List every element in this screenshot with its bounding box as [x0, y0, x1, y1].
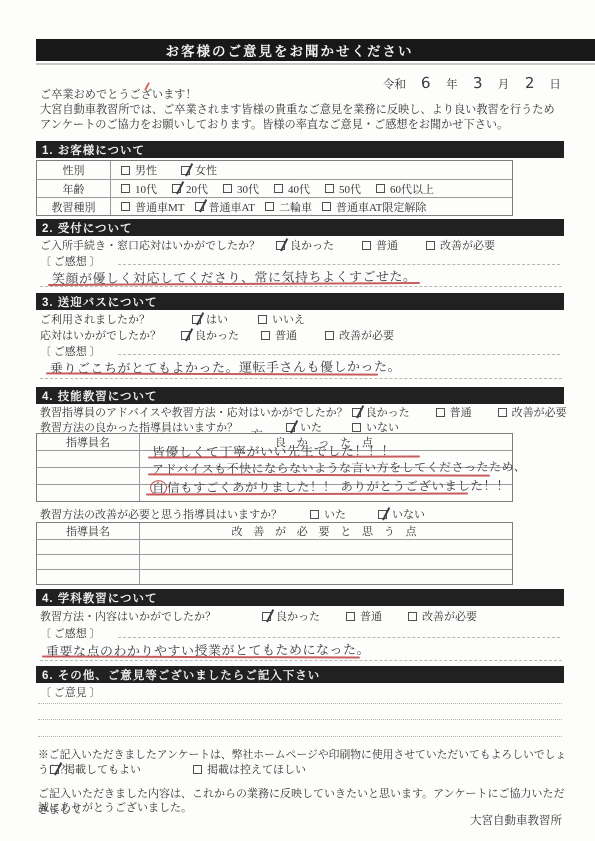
checkbox-improve-instructor-no[interactable]: いない [378, 506, 425, 522]
checkbox-bus-normal[interactable]: 普通 [261, 327, 297, 343]
checkbox-age-60plus[interactable]: 60代以上 [376, 181, 434, 197]
instructor-advice-question: 教習指導員のアドバイスや教習方法・応対はいかがでしたか？ [40, 404, 348, 420]
checkbox-icon [436, 408, 445, 417]
academic-question-row: 教習方法・内容はいかがでしたか？ 良かった 普通 改善が必要 [40, 608, 477, 624]
checkbox-icon [121, 202, 130, 211]
checkbox-male[interactable]: 男性 [121, 162, 157, 178]
checkbox-label: 掲載してもよい [64, 761, 141, 777]
table-header-row: 指導員名 改 善 が 必 要 と 思 う 点 [37, 523, 512, 539]
section3-title: 3. 送迎バスについて [42, 294, 158, 310]
checkbox-icon [346, 612, 355, 621]
bus-service-question-row: 応対はいかがでしたか？ 良かった 普通 改善が必要 [40, 327, 394, 343]
section1-header-bar: 1. お客様について [36, 141, 564, 158]
ruled-line [118, 354, 560, 355]
checkbox-icon [310, 510, 319, 519]
instructor-advice-question-row: 教習指導員のアドバイスや教習方法・応対はいかがでしたか？ 良かった 普通 改善が… [40, 404, 567, 420]
improvement-point-cell[interactable] [140, 540, 512, 554]
checkbox-icon [325, 184, 334, 193]
checkbox-label: 女性 [195, 162, 217, 178]
academic-question: 教習方法・内容はいかがでしたか？ [40, 608, 216, 624]
ruled-line [40, 286, 562, 287]
opinion-ruled-line[interactable] [38, 719, 562, 720]
checkbox-icon [362, 241, 371, 250]
checkbox-female[interactable]: 女性 [181, 162, 217, 178]
ruled-line [118, 637, 560, 638]
school-signature: 大宮自動車教習所 [470, 812, 562, 828]
table-row[interactable] [37, 569, 512, 584]
checkbox-reception-needs-improvement[interactable]: 改善が必要 [426, 237, 495, 253]
title-bar-shadow [36, 63, 595, 65]
checkbox-icon [181, 166, 190, 175]
improve-instructor-question: 教習方法の改善が必要と思う指導員はいますか？ [40, 506, 282, 522]
section2-title: 2. 受付について [42, 220, 133, 236]
checkbox-icon [376, 184, 385, 193]
checkbox-skill-needs-improvement[interactable]: 改善が必要 [498, 404, 567, 420]
section3-header-bar: 3. 送迎バスについて [36, 293, 564, 310]
bus-used-question: ご利用されましたか？ [40, 311, 150, 327]
checkbox-label: いない [392, 506, 425, 522]
improve-instructor-table: 指導員名 改 善 が 必 要 と 思 う 点 [36, 522, 513, 585]
table-row[interactable] [37, 554, 512, 569]
checkbox-icon [498, 408, 507, 417]
checkbox-icon [274, 184, 283, 193]
checkbox-icon [172, 184, 181, 193]
checkbox-label: 60代以上 [390, 181, 434, 197]
checkbox-label: いた [324, 506, 346, 522]
checkbox-icon [352, 408, 361, 417]
intro-line-1: ご卒業おめでとうございます！ [40, 88, 568, 103]
checkbox-publication-ok[interactable]: 掲載してもよい [50, 761, 141, 777]
checkbox-icon [121, 166, 130, 175]
form-title: お客様のご意見をお聞かせください [166, 40, 414, 60]
instructor-name-cell[interactable] [37, 555, 140, 569]
section6-header-bar: 6. その他、ご意見等ございましたらご記入下さい [36, 666, 564, 683]
section6-title: 6. その他、ご意見等ございましたらご記入下さい [42, 667, 320, 683]
checkbox-icon [181, 331, 190, 340]
table-row: 年齢 10代 20代 30代 40代 50代 60代以上 [37, 179, 512, 197]
gender-row-label: 性別 [37, 161, 111, 179]
checkbox-icon [193, 765, 202, 774]
checkbox-publication-decline[interactable]: 掲載は控えてほしい [193, 761, 306, 777]
section4-title: 4. 技能教習について [42, 388, 158, 404]
section2-header-bar: 2. 受付について [36, 219, 564, 236]
checkbox-age-40s[interactable]: 40代 [274, 181, 310, 197]
checkbox-label: 良かった [276, 608, 320, 624]
checkbox-label: 男性 [135, 162, 157, 178]
checkbox-improve-instructor-yes[interactable]: いた [310, 506, 346, 522]
checkbox-course-mt[interactable]: 普通車MT [121, 199, 185, 215]
customer-info-table: 性別 男性 女性 年齢 10代 20代 30代 40代 50代 60代以上 教習… [36, 160, 513, 216]
intro-line-2: 大宮自動車教習所では、ご卒業されます皆様の貴重なご意見を業務に反映し、より良い教… [40, 103, 568, 118]
ruled-line [118, 264, 560, 265]
reception-question: ご入所手続き・窓口応対はいかがでしたか？ [40, 237, 260, 253]
course-row-label: 教習種別 [37, 198, 111, 215]
checkbox-icon [286, 423, 295, 432]
closing-message-line2: 誠にありがとうございました。 [38, 799, 192, 815]
checkbox-icon [192, 315, 201, 324]
checkbox-academic-normal[interactable]: 普通 [346, 608, 382, 624]
checkbox-skill-normal[interactable]: 普通 [436, 404, 472, 420]
checkbox-label: 普通 [275, 327, 297, 343]
checkbox-reception-normal[interactable]: 普通 [362, 237, 398, 253]
table-row[interactable] [37, 539, 512, 554]
checkbox-label: 50代 [339, 181, 361, 197]
publication-consent-options: 掲載してもよい 掲載は控えてほしい [50, 761, 306, 777]
improvement-points-column-header: 改 善 が 必 要 と 思 う 点 [140, 523, 512, 539]
improvement-point-cell[interactable] [140, 570, 512, 584]
instructor-name-cell[interactable] [37, 468, 140, 484]
checkbox-icon [352, 423, 361, 432]
gender-options: 男性 女性 [111, 161, 512, 179]
instructor-name-column-header: 指導員名 [37, 523, 140, 539]
intro-line-3: アンケートのご協力をお願いしております。皆様の率直なご意見・ご感想をお聞かせ下さ… [40, 118, 568, 133]
section5-header-bar: 4. 学科教習について [36, 589, 564, 606]
improve-instructor-question-row: 教習方法の改善が必要と思う指導員はいますか？ いた いない [40, 506, 425, 522]
checkbox-label: はい [206, 311, 228, 327]
checkbox-icon [265, 202, 274, 211]
checkbox-label: 改善が必要 [440, 237, 495, 253]
checkbox-course-at[interactable]: 普通車AT [195, 199, 255, 215]
age-options: 10代 20代 30代 40代 50代 60代以上 [111, 180, 512, 197]
checkbox-academic-good[interactable]: 良かった [262, 608, 320, 624]
instructor-name-cell[interactable] [37, 540, 140, 554]
checkbox-icon [121, 184, 130, 193]
checkbox-label: いいえ [272, 311, 305, 327]
checkbox-label: 30代 [237, 181, 259, 197]
checkbox-label: 40代 [288, 181, 310, 197]
checkbox-label: 普通車AT限定解除 [336, 199, 426, 215]
opinion-ruled-line[interactable] [38, 736, 562, 737]
checkbox-label: 良かった [366, 404, 410, 420]
other-opinion-label: 〔 ご意見 〕 [40, 684, 101, 700]
instructor-name-cell[interactable] [37, 570, 140, 584]
course-options: 普通車MT 普通車AT 二輪車 普通車AT限定解除 [111, 198, 512, 215]
checkbox-icon [223, 184, 232, 193]
form-title-bar: お客様のご意見をお聞かせください [36, 39, 595, 61]
checkbox-icon [261, 331, 270, 340]
checkbox-icon [378, 510, 387, 519]
checkbox-icon [276, 241, 285, 250]
checkbox-label: 普通 [376, 237, 398, 253]
checkbox-label: 普通 [450, 404, 472, 420]
checkbox-age-30s[interactable]: 30代 [223, 181, 259, 197]
checkbox-bus-yes[interactable]: はい [192, 311, 228, 327]
checkbox-reception-good[interactable]: 良かった [276, 237, 334, 253]
checkbox-icon [426, 241, 435, 250]
checkbox-bus-needs-improvement[interactable]: 改善が必要 [325, 327, 394, 343]
checkbox-label: 10代 [135, 181, 157, 197]
checkbox-bus-no[interactable]: いいえ [258, 311, 305, 327]
academic-comment-label: 〔 ご感想 〕 [40, 625, 101, 641]
bus-used-question-row: ご利用されましたか？ はい いいえ [40, 311, 305, 327]
bus-service-question: 応対はいかがでしたか？ [40, 327, 161, 343]
checkbox-skill-good[interactable]: 良かった [352, 404, 410, 420]
checkbox-icon [262, 612, 271, 621]
checkbox-label: 改善が必要 [422, 608, 477, 624]
checkbox-icon [50, 765, 59, 774]
survey-form-page: お客様のご意見をお聞かせください 令和 6 年 3 月 2 日 ご卒業おめでとう… [0, 0, 595, 841]
checkbox-icon [258, 315, 267, 324]
checkbox-bus-good[interactable]: 良かった [181, 327, 239, 343]
checkbox-course-motorcycle[interactable]: 二輪車 [265, 199, 312, 215]
section5-title: 4. 学科教習について [42, 590, 158, 606]
reception-question-row: ご入所手続き・窓口応対はいかがでしたか？ 良かった 普通 改善が必要 [40, 237, 495, 253]
table-row: 性別 男性 女性 [37, 161, 512, 179]
checkbox-course-at-limited[interactable]: 普通車AT限定解除 [322, 199, 426, 215]
checkbox-academic-needs-improvement[interactable]: 改善が必要 [408, 608, 477, 624]
checkbox-label: 掲載は控えてほしい [207, 761, 306, 777]
opinion-ruled-line[interactable] [38, 703, 562, 704]
intro-paragraph: ご卒業おめでとうございます！ 大宮自動車教習所では、ご卒業されます皆様の貴重なご… [40, 88, 568, 133]
checkbox-age-10s[interactable]: 10代 [121, 181, 157, 197]
instructor-name-cell[interactable] [37, 451, 140, 467]
checkbox-age-20s[interactable]: 20代 [172, 181, 208, 197]
checkbox-label: 良かった [195, 327, 239, 343]
table-row: 教習種別 普通車MT 普通車AT 二輪車 普通車AT限定解除 [37, 197, 512, 215]
checkbox-label: 二輪車 [279, 199, 312, 215]
checkbox-icon [408, 612, 417, 621]
instructor-name-column-header: 指導員名 [37, 434, 140, 450]
checkbox-label: 良かった [290, 237, 334, 253]
checkbox-label: 普通 [360, 608, 382, 624]
checkbox-label: 改善が必要 [512, 404, 567, 420]
checkbox-icon [325, 331, 334, 340]
section1-title: 1. お客様について [42, 142, 145, 158]
bus-comment-label: 〔 ご感想 〕 [40, 343, 101, 359]
instructor-name-cell[interactable] [37, 485, 140, 501]
ruled-line [40, 660, 562, 661]
checkbox-age-50s[interactable]: 50代 [325, 181, 361, 197]
checkbox-label: 20代 [186, 181, 208, 197]
improvement-point-cell[interactable] [140, 555, 512, 569]
checkbox-label: 普通車AT [209, 199, 255, 215]
checkbox-icon [322, 202, 331, 211]
reception-comment-label: 〔 ご感想 〕 [40, 253, 101, 269]
section4-header-bar: 4. 技能教習について [36, 387, 564, 404]
ruled-line [40, 378, 562, 379]
checkbox-icon [195, 202, 204, 211]
age-row-label: 年齢 [37, 180, 111, 197]
checkbox-label: 普通車MT [135, 199, 185, 215]
checkbox-label: 改善が必要 [339, 327, 394, 343]
